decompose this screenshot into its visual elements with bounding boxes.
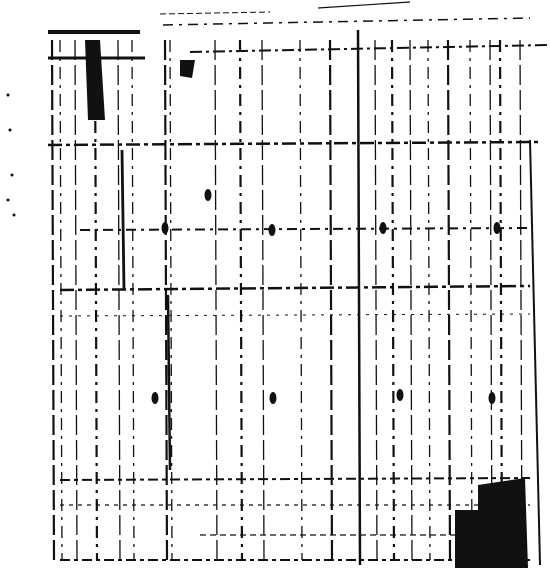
grid-drawing [0, 0, 550, 577]
